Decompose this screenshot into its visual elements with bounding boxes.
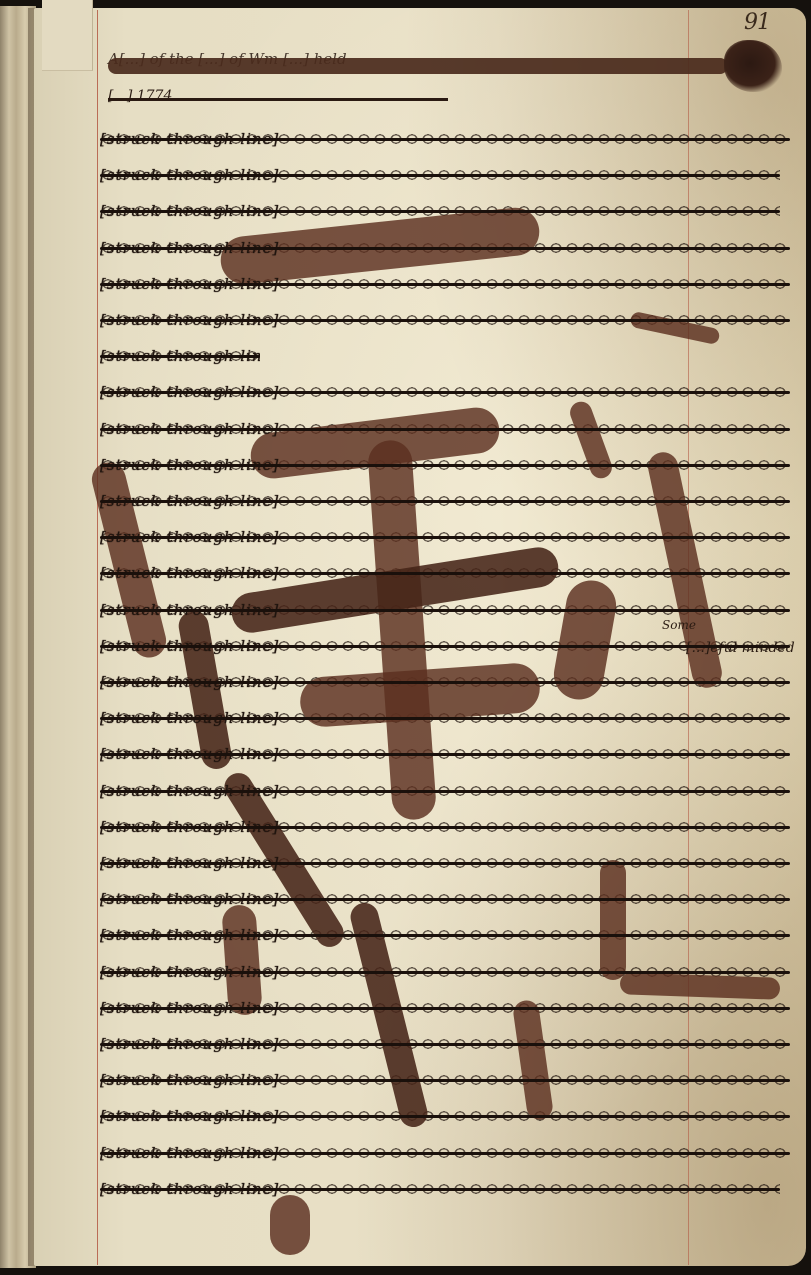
struck-line: [struck-through line]	[100, 381, 790, 403]
strike-through-mark	[100, 717, 790, 720]
struck-line: [struck-through line]	[100, 1178, 780, 1200]
struck-line: [struck-through line]	[100, 743, 790, 765]
strike-through-mark	[100, 753, 790, 756]
struck-line: [struck-through line]	[100, 273, 790, 295]
strike-through-mark	[100, 355, 260, 358]
struck-line: [struck-through line]	[100, 852, 790, 874]
strike-through-mark	[100, 971, 790, 974]
strike-through-mark	[100, 572, 790, 575]
struck-line: [struck-through line]	[100, 1033, 790, 1055]
struck-line: [struck-through line]	[100, 997, 790, 1019]
strike-through-mark	[100, 464, 790, 467]
struck-line: [struck-through line]	[100, 345, 260, 367]
strike-through-mark	[100, 1043, 790, 1046]
struck-line: [struck-through line]	[100, 164, 780, 186]
strike-through-mark	[100, 681, 790, 684]
strike-through-mark	[100, 391, 790, 394]
strike-through-mark	[100, 1152, 790, 1155]
strike-through-mark	[100, 1115, 790, 1118]
struck-line: [struck-through line]	[100, 780, 790, 802]
strike-through-mark	[100, 210, 780, 213]
page-frame: 91 A[...] of the [...] of Wm [...] held …	[0, 0, 811, 1275]
strike-through-mark	[100, 500, 790, 503]
strike-through-mark	[100, 1007, 790, 1010]
strike-through-mark	[100, 536, 790, 539]
strike-through-mark	[100, 247, 790, 250]
struck-line: [struck-through line]	[100, 1105, 790, 1127]
strike-through-mark	[100, 319, 790, 322]
struck-line: [struck-through line]	[100, 924, 790, 946]
marginal-insertion-line-end: [...]eful minded	[686, 640, 795, 656]
strike-through-mark	[100, 1188, 780, 1191]
strike-through-mark	[100, 898, 790, 901]
strike-through-mark	[100, 138, 790, 141]
strike-through-mark	[100, 428, 790, 431]
strike-through-mark	[100, 790, 790, 793]
strike-through-mark	[100, 862, 790, 865]
brush-stroke	[270, 1195, 310, 1255]
strike-through-mark	[100, 283, 790, 286]
marginal-insertion-above: Some	[662, 618, 696, 632]
strike-through-mark	[100, 934, 790, 937]
strike-through-mark	[100, 1079, 790, 1082]
struck-line: [struck-through line]	[100, 1142, 790, 1164]
struck-line: [struck-through line]	[100, 816, 790, 838]
struck-line: [struck-through line]	[100, 1069, 790, 1091]
strike-through-mark	[100, 826, 790, 829]
struck-line: [struck-through line]	[100, 128, 790, 150]
strike-through-mark	[100, 609, 790, 612]
struck-line: [struck-through line]	[100, 888, 790, 910]
strike-through-mark	[100, 174, 780, 177]
strike-through-mark	[100, 645, 790, 648]
brush-stroke	[600, 860, 626, 980]
